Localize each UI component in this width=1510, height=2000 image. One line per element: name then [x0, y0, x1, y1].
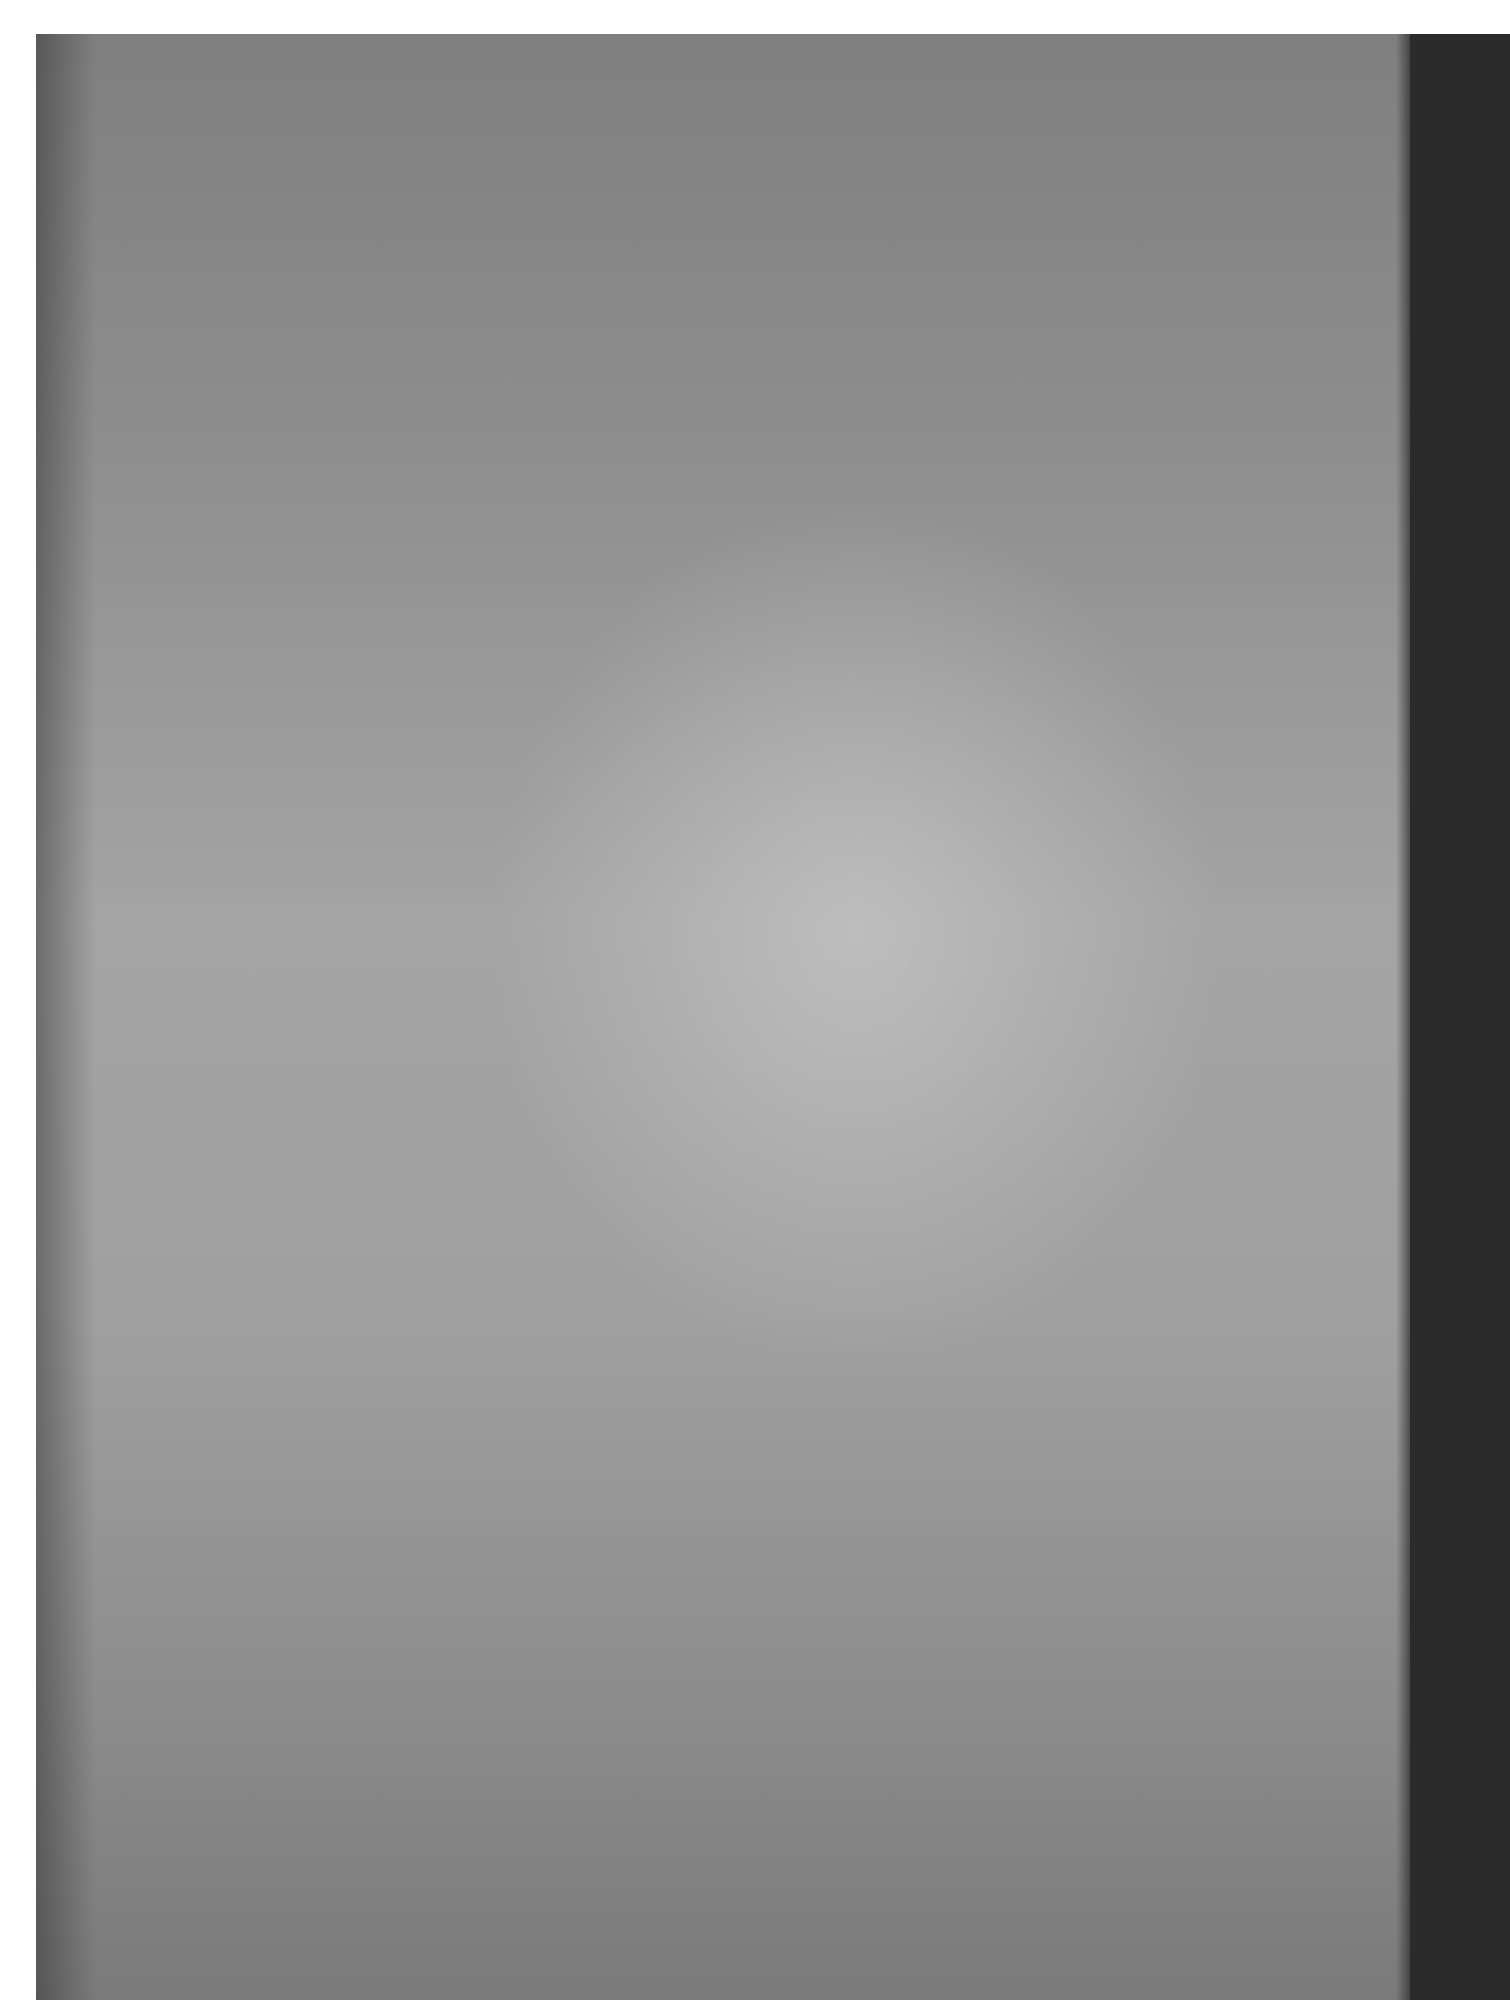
left-ruler-ticks [0, 0, 36, 2000]
manuscript-scan [36, 34, 1510, 2000]
dark-edge-band [1410, 34, 1510, 2000]
left-ruler [0, 0, 36, 2000]
top-ruler-ticks [0, 0, 1510, 34]
top-ruler [0, 0, 1510, 34]
